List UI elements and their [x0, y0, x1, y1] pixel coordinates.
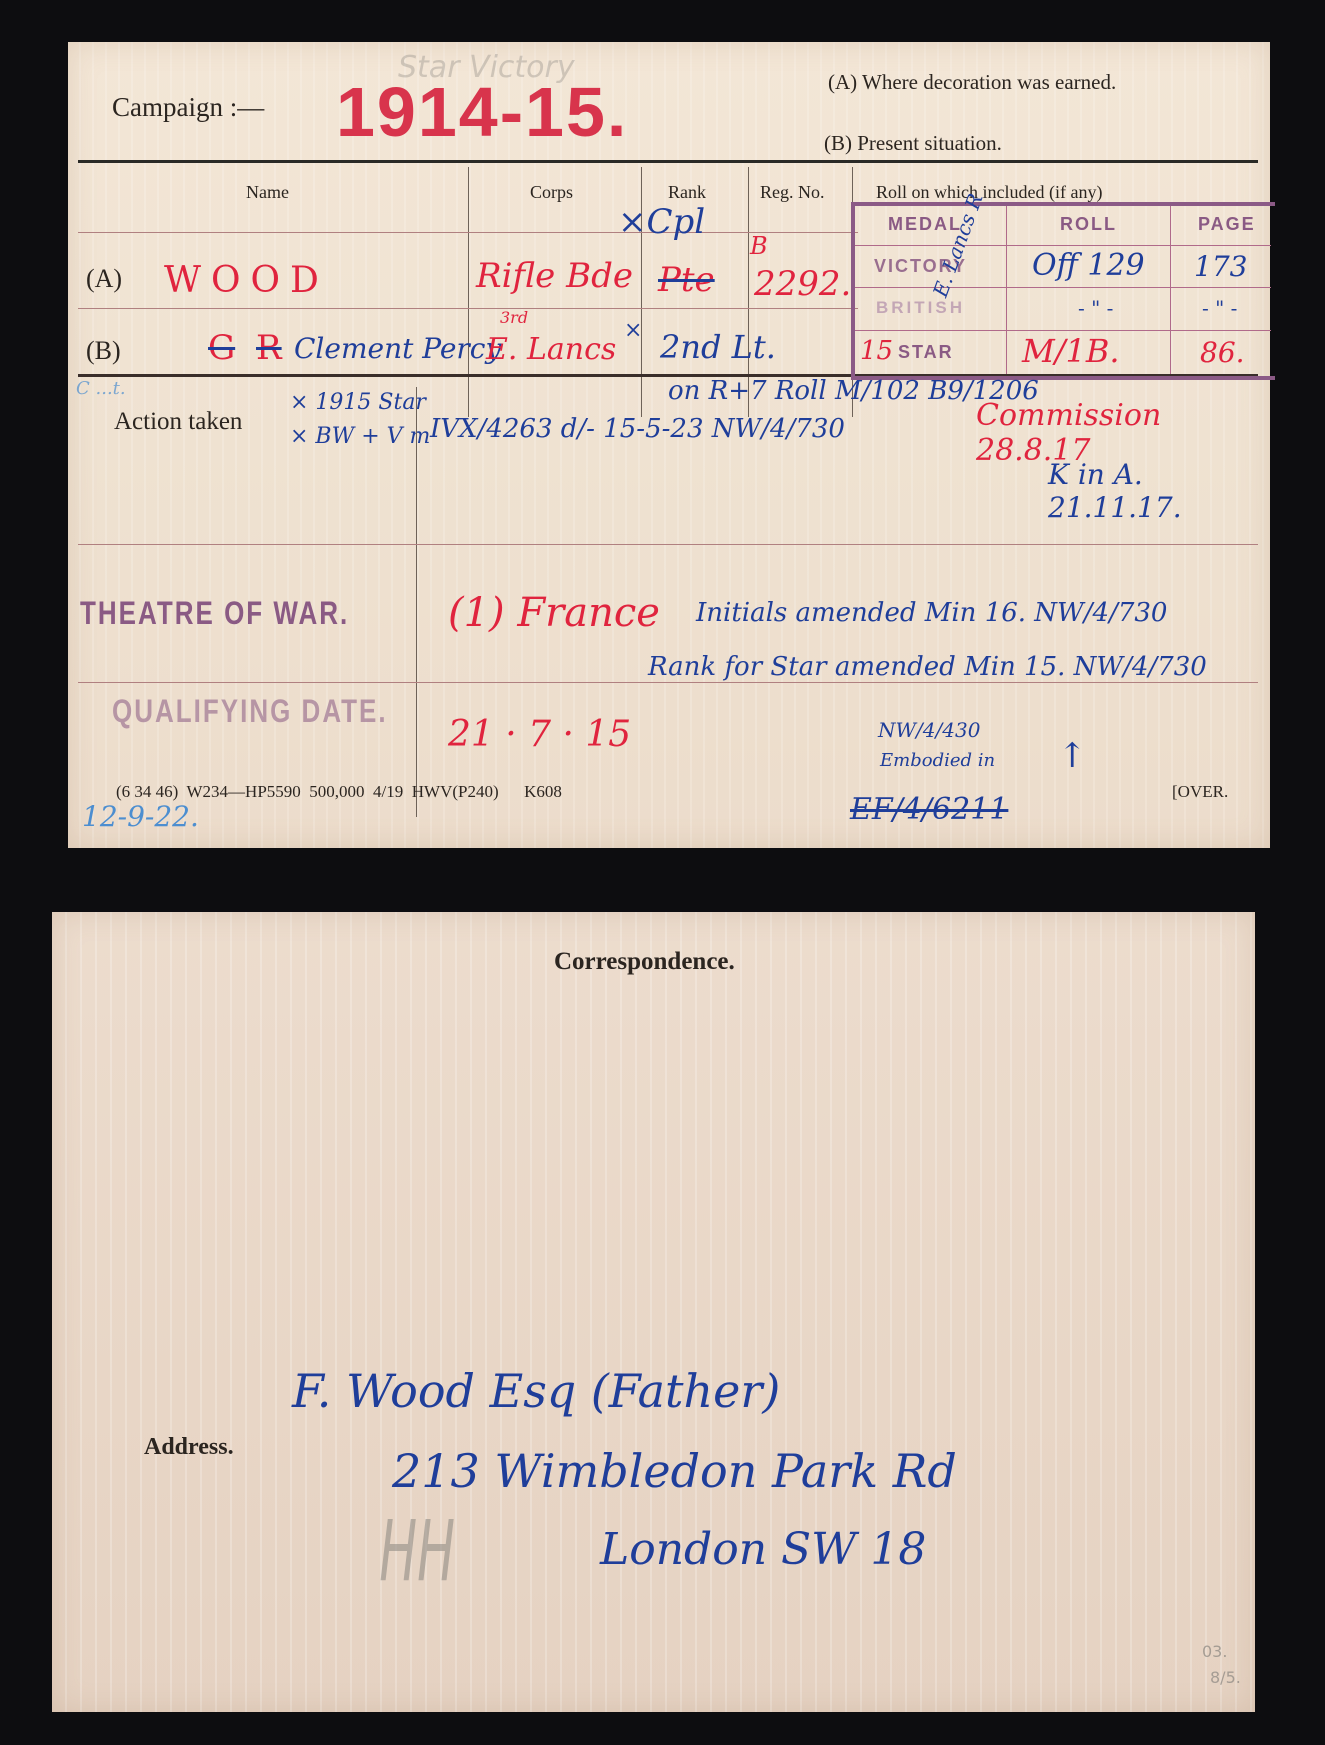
action-taken-label: Action taken [114, 408, 242, 436]
legend-a: (A) Where decoration was earned. [828, 70, 1116, 95]
row-b-initial-struck: G [208, 328, 235, 368]
row-a-rank-struck: Pte [658, 260, 715, 300]
qualifying-top-rule [78, 682, 1258, 683]
col-divider [468, 167, 469, 417]
row-a-rank-annotation: ×Cpl [618, 202, 705, 242]
medal-header-page: PAGE [1198, 214, 1256, 235]
star-roll: M/1B. [1022, 332, 1120, 370]
footer-print-code: (6 34 46) W234—HP5590 500,000 4/19 HWV(P… [116, 782, 562, 802]
row-a-corps: Rifle Bde [476, 256, 633, 296]
medal-index-card-front: Star Victory Campaign :— 1914-15. (A) Wh… [68, 42, 1270, 848]
row-b-corps-superscript: 3rd [500, 308, 528, 327]
campaign-stamp: 1914-15. [336, 72, 628, 152]
british-page: - " - [1202, 296, 1237, 320]
british-roll: - " - [1078, 296, 1113, 320]
medal-header-roll: ROLL [1060, 214, 1117, 235]
row-a-reg-prefix: B [750, 232, 768, 260]
header-rank: Rank [668, 182, 706, 203]
action-item-1915-star: × 1915 Star [290, 390, 426, 415]
header-name: Name [246, 182, 289, 203]
row-a-surname: WOOD [164, 260, 329, 301]
action-corner-note: C ...t. [76, 378, 126, 399]
row-b-given-names: Clement Percy [294, 332, 501, 365]
qualifying-date-label: QUALIFYING DATE. [112, 692, 388, 731]
header-roll: Roll on which included (if any) [876, 182, 1102, 203]
footer-date-note: 12-9-22. [82, 800, 199, 833]
row-b-rank-marker: × [624, 318, 642, 343]
action-item-bw-vm: × BW + V m [290, 424, 430, 449]
medal-box-rule [855, 330, 1271, 331]
row-a-label: (A) [86, 264, 122, 294]
address-line-3: London SW 18 [600, 1524, 926, 1575]
medal-star: STAR [898, 342, 954, 363]
pencil-initials: HH [379, 1502, 455, 1600]
theatre-note-rank: Rank for Star amended Min 15. NW/4/730 [648, 652, 1207, 682]
corner-note-1: 03. [1202, 1642, 1227, 1661]
address-line-2: 213 Wimbledon Park Rd [392, 1444, 957, 1498]
row-a-reg-no: 2292. [754, 264, 851, 304]
qualifying-ref-mid: Embodied in [880, 750, 995, 771]
medal-box-rule [855, 287, 1271, 288]
address-label: Address. [144, 1434, 234, 1461]
row-b-initial-r: R [256, 328, 282, 368]
medal-box-divider [1170, 206, 1171, 374]
correspondence-title: Correspondence. [554, 948, 735, 976]
row-b-label: (B) [86, 336, 121, 366]
header-corps: Corps [530, 182, 573, 203]
action-divider [416, 387, 417, 817]
row-b-corps: E. Lancs [486, 332, 616, 367]
kia-note: K in A. 21.11.17. [1048, 458, 1270, 524]
qualifying-ref-top: NW/4/430 [878, 718, 980, 742]
footer-over: [OVER. [1172, 782, 1228, 802]
qualifying-ref-struck: EF/4/6211 [850, 792, 1008, 827]
medal-box-divider [1006, 206, 1007, 374]
medal-box-rule [855, 245, 1271, 246]
victory-roll: Off 129 [1032, 248, 1145, 283]
theatre-value: (1) France [448, 590, 660, 636]
medal-index-card-back: Correspondence. Address. F. Wood Esq (Fa… [52, 912, 1255, 1712]
header-rule [78, 160, 1258, 163]
victory-page: 173 [1194, 250, 1247, 283]
action-bracket-ref: IVX/4263 d/- 15-5-23 NW/4/730 [430, 414, 845, 444]
theatre-top-rule [78, 544, 1258, 545]
legend-b: (B) Present situation. [824, 131, 1002, 156]
qualifying-date-value: 21 · 7 · 15 [448, 714, 631, 755]
header-reg-no: Reg. No. [760, 182, 825, 203]
medal-british: BRITISH [876, 298, 965, 318]
theatre-of-war-label: THEATRE OF WAR. [80, 594, 349, 633]
star-prefix: 15 [860, 336, 893, 366]
theatre-note-initials: Initials amended Min 16. NW/4/730 [696, 598, 1167, 628]
up-arrow-icon: ↑ [1058, 736, 1087, 776]
campaign-label: Campaign :— [112, 92, 264, 123]
row-rule [78, 308, 858, 309]
row-b-rank: 2nd Lt. [660, 328, 776, 366]
star-page: 86. [1200, 336, 1245, 369]
corner-note-2: 8/5. [1210, 1668, 1241, 1687]
address-line-1: F. Wood Esq (Father) [292, 1364, 780, 1418]
row-rule [78, 232, 858, 233]
